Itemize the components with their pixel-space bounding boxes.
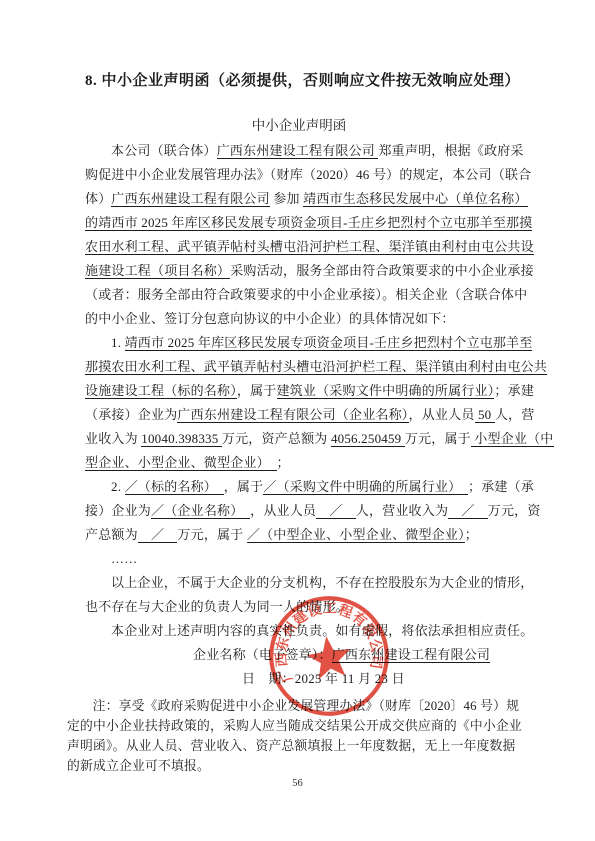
doc-line: 以上企业，不属于大企业的分支机构，不存在控股股东为大企业的情形， xyxy=(85,571,513,595)
filled-blank: 广西东州建设工程有限公司（企业名称） xyxy=(177,407,408,423)
text-run: …… xyxy=(111,551,137,566)
filled-blank: 那摸农田水利工程、武平镇弄帖村头槽屯沿河护栏工程、渠洋镇由利村由屯公共 xyxy=(85,359,547,375)
text-run: 企业名称（电子签章）： xyxy=(193,647,332,662)
text-run: 接）企业为 xyxy=(85,503,151,518)
text-run: 参加 xyxy=(270,191,303,206)
doc-line: 日 期：2025 年 11 月 23 日 xyxy=(242,667,513,691)
filled-blank: 的靖西市 2025 年库区移民发展专项资金项目-壬庄乡把烈村个立屯那羊至那摸 xyxy=(85,215,532,231)
text-run: 2. xyxy=(111,479,125,494)
note-line: 注：享受《政府采购促进中小企业发展管理办法》（财库〔2020〕46 号）规 xyxy=(67,696,515,716)
doc-line: 型企业、小型企业、微型企业） ； xyxy=(85,451,513,475)
text-run: ，从业人员 xyxy=(250,503,316,518)
doc-line: 那摸农田水利工程、武平镇弄帖村头槽屯沿河护栏工程、渠洋镇由利村由屯公共 xyxy=(85,355,513,379)
filled-blank: 广西东州建设工程有限公司 xyxy=(111,191,269,207)
filled-blank: ／ xyxy=(448,503,488,519)
filled-blank: 施建设工程（项目名称） xyxy=(85,263,230,279)
filled-blank: 广西东州建设工程有限公司 xyxy=(332,647,490,663)
doc-line: 企业名称（电子签章）：广西东州建设工程有限公司 xyxy=(193,643,513,667)
filled-blank: 建筑业（采购文件中明确的所属行业） xyxy=(277,383,495,399)
filled-blank: 型企业、小型企业、微型企业） xyxy=(85,455,277,471)
filled-blank: ／（中型企业、小型企业、微型企业） xyxy=(247,527,465,543)
doc-line: （或者：服务全部由符合政策要求的中小企业承接）。相关企业（含联合体中 xyxy=(85,283,513,307)
text-run: 本企业对上述声明内容的真实性负责。如有虚假，将依法承担相应责任。 xyxy=(111,623,533,638)
filled-blank: ／（采购文件中明确的所属行业） xyxy=(263,479,468,495)
declaration-body: 本公司（联合体）广西东州建设工程有限公司 郑重声明，根据《政府采购促进中小企业发… xyxy=(85,139,513,691)
section-heading: 8. 中小企业声明函（必须提供，否则响应文件按无效响应处理） xyxy=(85,70,513,93)
text-run: ；承建（承 xyxy=(468,479,534,494)
text-run: ，属于 xyxy=(237,383,277,398)
text-run: 万元，属于 xyxy=(405,431,471,446)
footnote-paragraph: 注：享受《政府采购促进中小企业发展管理办法》（财库〔2020〕46 号）规定的中… xyxy=(67,696,515,776)
text-run: 的中小企业、签订分包意向协议的中小企业）的具体情况如下： xyxy=(85,311,455,326)
doc-line: 也不存在与大企业的负责人为同一人的情形。 xyxy=(85,595,513,619)
doc-line: 的靖西市 2025 年库区移民发展专项资金项目-壬庄乡把烈村个立屯那羊至那摸 xyxy=(85,211,513,235)
text-run: 体） xyxy=(85,191,111,206)
filled-blank: 设施建设工程（标的名称） xyxy=(85,383,237,399)
text-run: 购促进中小企业发展管理办法》（财库（2020）46 号）的规定，本公司（联合 xyxy=(85,167,531,182)
doc-line: 的中小企业、签订分包意向协议的中小企业）的具体情况如下： xyxy=(85,307,513,331)
text-run: ，从业人员 xyxy=(409,407,475,422)
filled-blank: ／（企业名称） xyxy=(151,503,250,519)
doc-line: 本公司（联合体）广西东州建设工程有限公司 郑重声明，根据《政府采 xyxy=(85,139,513,163)
filled-blank: ／ xyxy=(316,503,356,519)
doc-line: 设施建设工程（标的名称），属于建筑业（采购文件中明确的所属行业）；承建 xyxy=(85,379,513,403)
filled-blank: 广西东州建设工程有限公司 xyxy=(217,143,379,159)
doc-line: 2. ／（标的名称） ，属于／（采购文件中明确的所属行业） ；承建（承 xyxy=(85,475,513,499)
text-run: 日 期：2025 年 11 月 23 日 xyxy=(242,671,405,686)
filled-blank: ／ xyxy=(138,527,178,543)
text-run: ，属于 xyxy=(224,479,264,494)
text-run: 业收入为 xyxy=(85,431,141,446)
filled-blank: ／（标的名称） xyxy=(125,479,224,495)
text-run: ；承建 xyxy=(494,383,534,398)
note-line: 的新成立企业可不填报。 xyxy=(67,756,515,776)
doc-line: 体）广西东州建设工程有限公司 参加 靖西市生态移民发展中心（单位名称） xyxy=(85,187,513,211)
declaration-title: 中小企业声明函 xyxy=(85,114,513,138)
doc-line: 业收入为 10040.398335 万元，资产总额为 4056.250459 万… xyxy=(85,427,513,451)
text-run: 1. xyxy=(111,335,125,350)
doc-line: （承接）企业为广西东州建设工程有限公司（企业名称），从业人员 50 人，营 xyxy=(85,403,513,427)
doc-line: 1. 靖西市 2025 年库区移民发展专项资金项目-壬庄乡把烈村个立屯那羊至 xyxy=(85,331,513,355)
document-content: 8. 中小企业声明函（必须提供，否则响应文件按无效响应处理） 中小企业声明函 本… xyxy=(85,70,513,691)
text-run: ； xyxy=(277,455,290,470)
doc-line: …… xyxy=(85,547,513,571)
text-run: 万元，属于 xyxy=(177,527,246,542)
text-run: 万元，资 xyxy=(488,503,541,518)
doc-line: 施建设工程（项目名称）采购活动，服务全部由符合政策要求的中小企业承接 xyxy=(85,259,513,283)
filled-blank: 小型企业（中 xyxy=(471,431,554,447)
text-run: 产总额为 xyxy=(85,527,138,542)
doc-line: 农田水利工程、武平镇弄帖村头槽屯沿河护栏工程、渠洋镇由利村由屯公共设 xyxy=(85,235,513,259)
note-line: 声明函》。从业人员、营业收入、资产总额填报上一年度数据，无上一年度数据 xyxy=(67,736,515,756)
note-line: 定的中小企业扶持政策的，采购人应当随成交结果公开成交供应商的《中小企业 xyxy=(67,716,515,736)
doc-line: 购促进中小企业发展管理办法》（财库（2020）46 号）的规定，本公司（联合 xyxy=(85,163,513,187)
filled-blank: 4056.250459 xyxy=(331,431,405,447)
filled-blank: 10040.398335 xyxy=(141,431,222,447)
text-run: 本公司（联合体） xyxy=(111,143,217,158)
doc-line: 接）企业为／（企业名称） ，从业人员 ／ 人，营业收入为 ／ 万元，资 xyxy=(85,499,513,523)
text-run: 采购活动，服务全部由符合政策要求的中小企业承接 xyxy=(230,263,534,278)
filled-blank: 农田水利工程、武平镇弄帖村头槽屯沿河护栏工程、渠洋镇由利村由屯公共设 xyxy=(85,239,534,255)
text-run: 郑重声明，根据《政府采 xyxy=(378,143,523,158)
text-run: 人，营业收入为 xyxy=(356,503,448,518)
text-run: 万元，资产总额为 xyxy=(222,431,331,446)
text-run: 也不存在与大企业的负责人为同一人的情形。 xyxy=(85,599,349,614)
doc-line: 本企业对上述声明内容的真实性负责。如有虚假，将依法承担相应责任。 xyxy=(85,619,513,643)
document-page: 8. 中小企业声明函（必须提供，否则响应文件按无效响应处理） 中小企业声明函 本… xyxy=(0,0,595,841)
filled-blank: 50 xyxy=(475,407,495,423)
text-run: （承接）企业为 xyxy=(85,407,177,422)
text-run: （或者：服务全部由符合政策要求的中小企业承接）。相关企业（含联合体中 xyxy=(85,287,527,302)
doc-line: 产总额为 ／ 万元，属于 ／（中型企业、小型企业、微型企业）； xyxy=(85,523,513,547)
text-run: 人，营 xyxy=(495,407,535,422)
page-number: 56 xyxy=(0,778,595,789)
text-run: ； xyxy=(465,527,478,542)
filled-blank: 靖西市生态移民发展中心（单位名称） xyxy=(303,191,527,207)
text-run: 以上企业，不属于大企业的分支机构，不存在控股股东为大企业的情形， xyxy=(111,575,533,590)
filled-blank: 靖西市 2025 年库区移民发展专项资金项目-壬庄乡把烈村个立屯那羊至 xyxy=(125,335,533,351)
